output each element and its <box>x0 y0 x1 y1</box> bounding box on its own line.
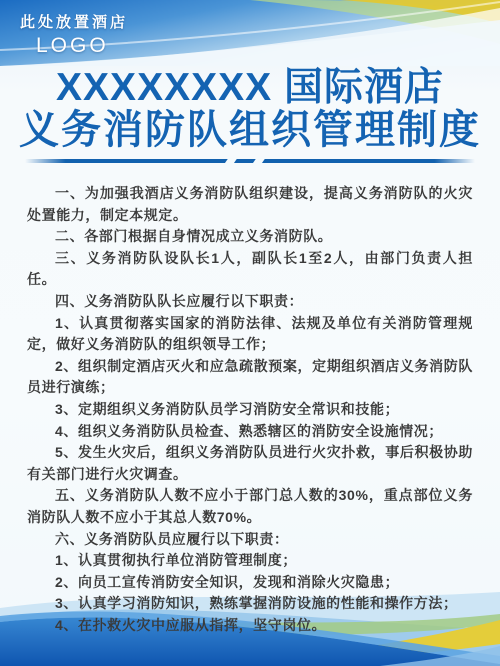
regulation-paragraph: 四、义务消防队队长应履行以下职责： <box>27 291 473 313</box>
regulation-paragraph: 六、义务消防队员应履行以下职责： <box>27 529 473 551</box>
regulation-paragraph: 1、认真贯彻执行单位消防管理制度； <box>27 550 473 572</box>
logo-label: LOGO <box>20 34 128 58</box>
regulation-paragraph: 三、义务消防队设队长1人，副队长1至2人，由部门负责人担任。 <box>27 248 473 291</box>
poster-page: 此处放置酒店 LOGO XXXXXXXX 国际酒店 义务消防队组织管理制度 一、… <box>0 0 500 666</box>
regulation-paragraph: 五、义务消防队人数不应小于部门总人数的30%，重点部位义务消防队人数不应小于其总… <box>27 485 473 528</box>
regulation-paragraph: 2、向员工宣传消防安全知识，发现和消除火灾隐患； <box>27 572 473 594</box>
regulation-paragraph: 二、各部门根据自身情况成立义务消防队。 <box>27 226 473 248</box>
hotel-logo-placeholder: 此处放置酒店 LOGO <box>20 11 128 58</box>
regulation-paragraph: 一、为加强我酒店义务消防队组织建设，提高义务消防队的火灾处置能力，制定本规定。 <box>27 183 473 226</box>
title-line-1: XXXXXXXX 国际酒店 <box>0 66 500 109</box>
regulation-paragraph: 3、定期组织义务消防队员学习消防安全常识和技能； <box>27 399 473 421</box>
regulation-paragraph: 2、组织制定酒店灭火和应急疏散预案，定期组织酒店义务消防队员进行演练； <box>27 356 473 399</box>
page-title: XXXXXXXX 国际酒店 义务消防队组织管理制度 <box>0 66 500 152</box>
regulation-paragraph: 5、发生火灾后，组织义务消防队员进行火灾扑救，事后积极协助有关部门进行火灾调查。 <box>27 442 473 485</box>
regulation-paragraph: 3、认真学习消防知识，熟练掌握消防设施的性能和操作方法； <box>27 593 473 615</box>
regulation-paragraph: 4、在扑救火灾中应服从指挥，坚守岗位。 <box>27 615 473 637</box>
logo-placeholder-text: 此处放置酒店 <box>20 11 128 32</box>
regulation-paragraph: 1、认真贯彻落实国家的消防法律、法规及单位有关消防管理规定，做好义务消防队的组织… <box>27 313 473 356</box>
title-divider <box>25 159 475 163</box>
regulation-text: 一、为加强我酒店义务消防队组织建设，提高义务消防队的火灾处置能力，制定本规定。 … <box>27 183 473 636</box>
divider-line <box>25 159 475 163</box>
title-line-2: 义务消防队组织管理制度 <box>0 109 500 152</box>
regulation-paragraph: 4、组织义务消防队员检查、熟悉辖区的消防安全设施情况； <box>27 421 473 443</box>
